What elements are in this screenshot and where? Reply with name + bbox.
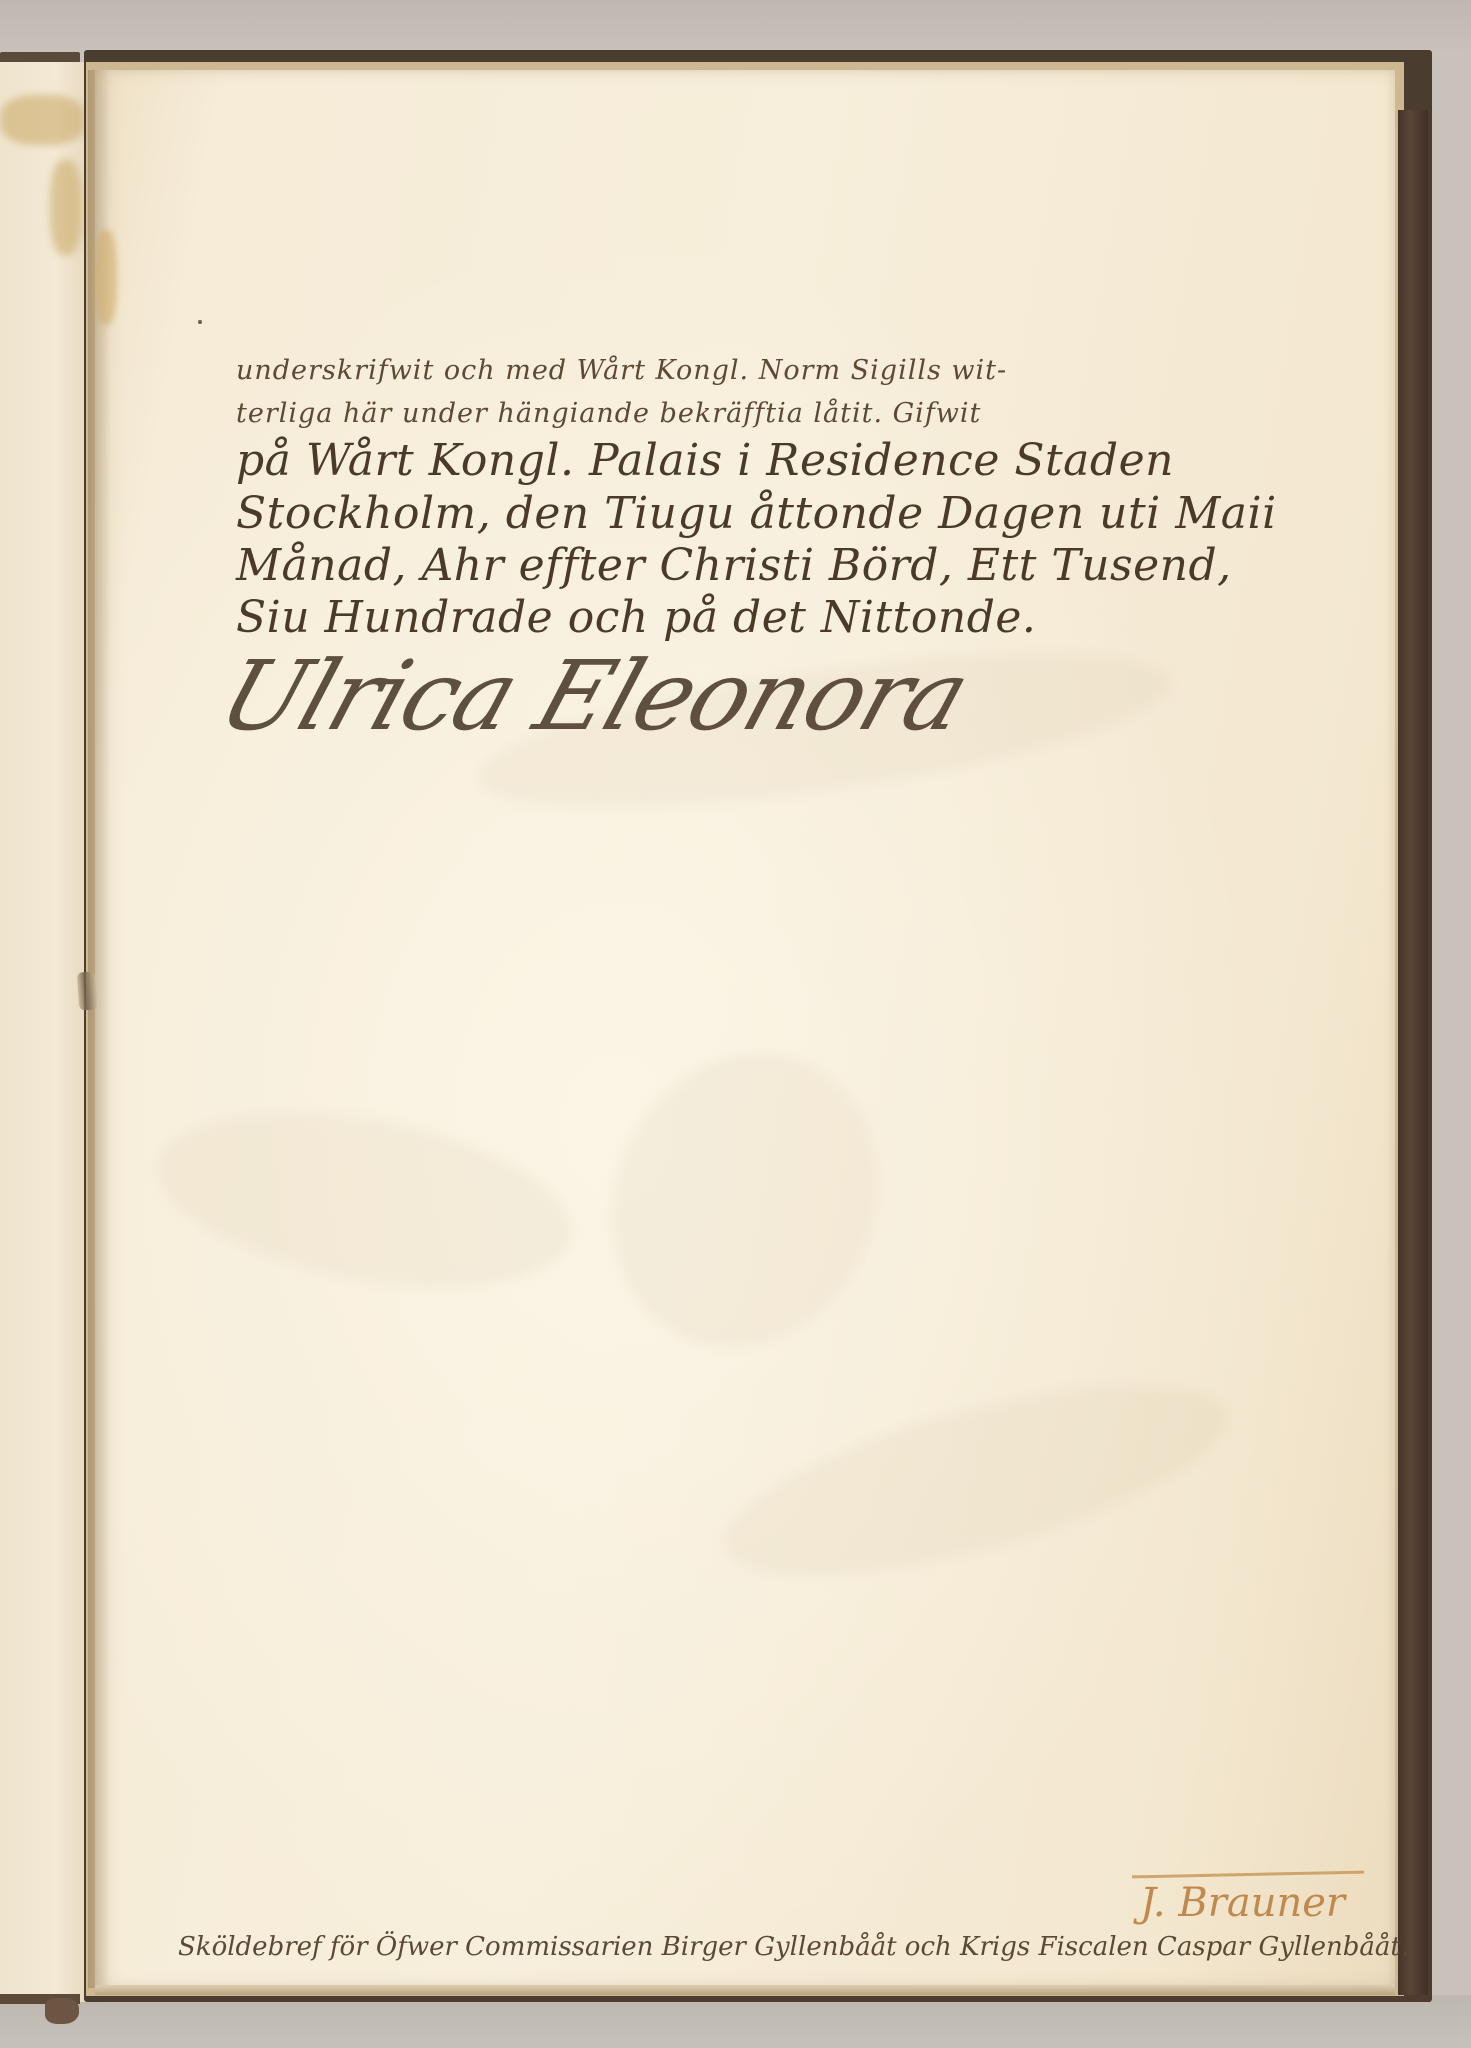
gutter-water-stain (95, 230, 117, 325)
ink-dot (198, 320, 202, 324)
footer-annotation: Sköldebref för Öfwer Commissarien Birger… (178, 1932, 1409, 1962)
page-bottom-edge (95, 1985, 1395, 1995)
cover-spine-edge (1398, 110, 1428, 1995)
left-page (0, 62, 92, 2002)
scan-backdrop-bottom (0, 1995, 1471, 2048)
text-line-4: Stockholm, den Tiugu åttonde Dagen uti M… (236, 488, 1277, 539)
cover-bottom-edge (100, 1996, 1430, 2002)
text-line-2: terliga här under hängiande bekräfftia l… (236, 398, 981, 429)
text-line-3: på Wårt Kongl. Palais i Residence Staden (236, 435, 1174, 486)
water-stain (0, 95, 85, 145)
text-line-1: underskrifwit och med Wårt Kongl. Norm S… (236, 355, 1007, 386)
text-line-5: Månad, Ahr effter Christi Börd, Ett Tuse… (236, 540, 1232, 591)
binding-thread (77, 971, 98, 1010)
countersignature: J. Brauner (1140, 1880, 1345, 1926)
text-line-6: Siu Hundrade och på det Nittonde. (236, 592, 1036, 643)
royal-signature: Ulrica Eleonora (207, 640, 981, 752)
water-stain (50, 160, 82, 255)
gutter-shadow (88, 70, 110, 1988)
torn-cover-corner (45, 1998, 79, 2024)
